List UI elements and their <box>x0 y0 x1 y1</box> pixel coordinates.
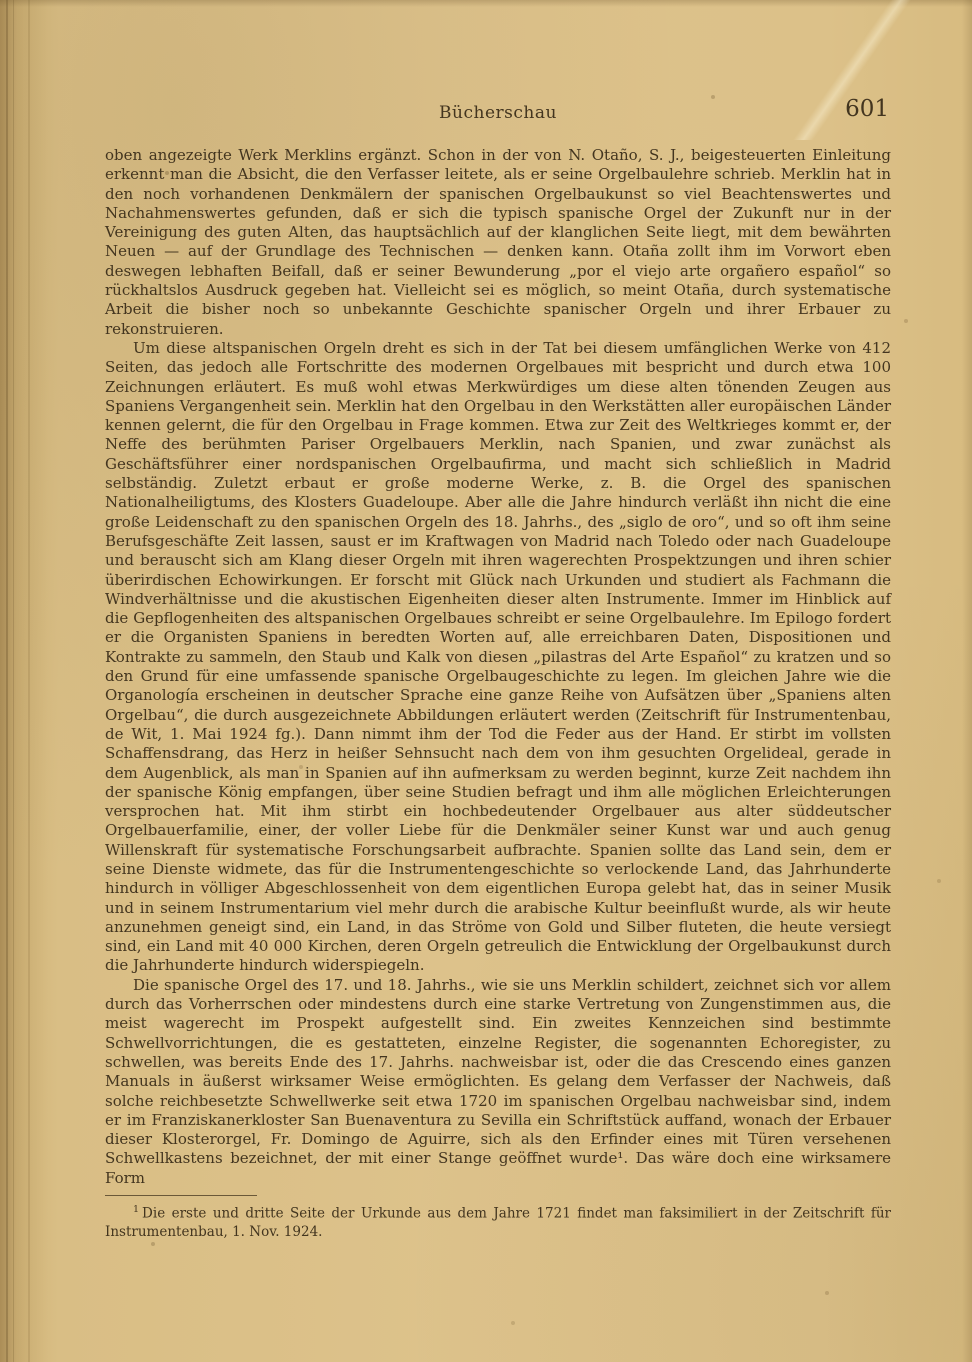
footnote-text: Die erste und dritte Seite der Urkunde a… <box>105 1206 891 1241</box>
running-title: Bücherschau <box>105 103 891 123</box>
paper-specks <box>0 0 2 2</box>
body-text-block: oben angezeigte Werk Merklins ergänzt. S… <box>105 146 891 1242</box>
binding-crease-line <box>6 0 8 1362</box>
paragraph: Die spanische Orgel des 17. und 18. Jahr… <box>105 976 891 1188</box>
binding-crease-line <box>28 0 30 1362</box>
page-top-edge-shading <box>0 0 972 7</box>
page-number: 601 <box>845 96 889 122</box>
footnote-separator-rule <box>105 1195 257 1196</box>
page-header: Bücherschau 601 <box>105 96 891 132</box>
book-page-scan: Bücherschau 601 oben angezeigte Werk Mer… <box>0 0 972 1362</box>
paragraph: Um diese altspanischen Orgeln dreht es s… <box>105 339 891 976</box>
footnote-marker: 1 <box>133 1204 139 1215</box>
footnote: 1Die erste und dritte Seite der Urkunde … <box>105 1201 891 1242</box>
page-right-edge-shading <box>962 0 972 1362</box>
footnote-block: 1Die erste und dritte Seite der Urkunde … <box>105 1195 891 1242</box>
paragraph-continuation: oben angezeigte Werk Merklins ergänzt. S… <box>105 146 891 339</box>
binding-crease-line <box>13 0 14 1362</box>
binding-edge-shading <box>0 0 48 1362</box>
